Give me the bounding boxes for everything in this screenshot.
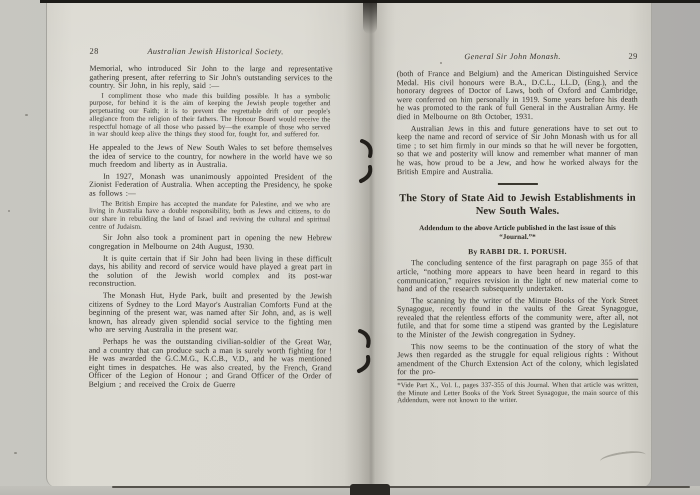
article-title: The Story of State Aid to Jewish Establi… bbox=[399, 192, 636, 218]
binding-mark-bottom bbox=[354, 328, 378, 374]
article-byline: By RABBI DR. I. PORUSH. bbox=[397, 247, 638, 256]
page-right: General Sir John Monash. 29 (both of Fra… bbox=[368, 3, 652, 487]
spine-shadow-top bbox=[363, 0, 377, 34]
book-bottom-edge bbox=[112, 486, 690, 488]
quote-speech: I compliment those who made this buildin… bbox=[89, 92, 332, 139]
para-certain: It is quite certain that if Sir John had… bbox=[89, 254, 332, 289]
section-divider bbox=[497, 183, 537, 185]
page-left: 28 Australian Jewish Historical Society.… bbox=[46, 3, 368, 487]
footnote: *Vide Part X., Vol. I., pages 337-355 of… bbox=[397, 379, 638, 406]
para-intro: Memorial, who introduced Sir John to the… bbox=[89, 65, 332, 91]
para-continuation: This now seems to be the continuation of… bbox=[397, 342, 638, 377]
para-honours: (both of France and Belgium) and the Ame… bbox=[397, 70, 638, 122]
running-header: 28 Australian Jewish Historical Society. bbox=[89, 47, 332, 57]
article-addendum-note: Addendum to the above Article published … bbox=[411, 224, 623, 242]
running-title: General Sir John Monash. bbox=[397, 52, 629, 61]
para-monash-hut: The Monash Hut, Hyde Park, built and pre… bbox=[89, 292, 332, 336]
dust-speck bbox=[440, 62, 442, 64]
page-number: 29 bbox=[628, 52, 637, 61]
dust-speck bbox=[14, 452, 17, 454]
para-civilian: Perhaps he was the outstanding civilian-… bbox=[89, 338, 332, 390]
quote-empire: The British Empire has accepted the mand… bbox=[89, 200, 332, 231]
binding-mark-top bbox=[356, 138, 380, 184]
dust-speck bbox=[8, 210, 10, 212]
running-title: Australian Jewish Historical Society. bbox=[99, 47, 333, 57]
dust-speck bbox=[25, 114, 28, 116]
para-appeal: He appealed to the Jews of New South Wal… bbox=[89, 144, 332, 170]
para-scanning: The scanning by the writer of the Minute… bbox=[397, 296, 638, 339]
running-header: General Sir John Monash. 29 bbox=[397, 52, 638, 61]
para-hebrew: Sir John also took a prominent part in o… bbox=[89, 234, 332, 252]
para-concluding: The concluding sentence of the first par… bbox=[397, 259, 638, 294]
page-number: 28 bbox=[89, 47, 98, 56]
para-generations: Australian Jews in this and future gener… bbox=[397, 124, 638, 176]
para-1927: In 1927, Monash was unanimously appointe… bbox=[89, 172, 332, 198]
spine-shadow-bottom bbox=[350, 484, 390, 495]
